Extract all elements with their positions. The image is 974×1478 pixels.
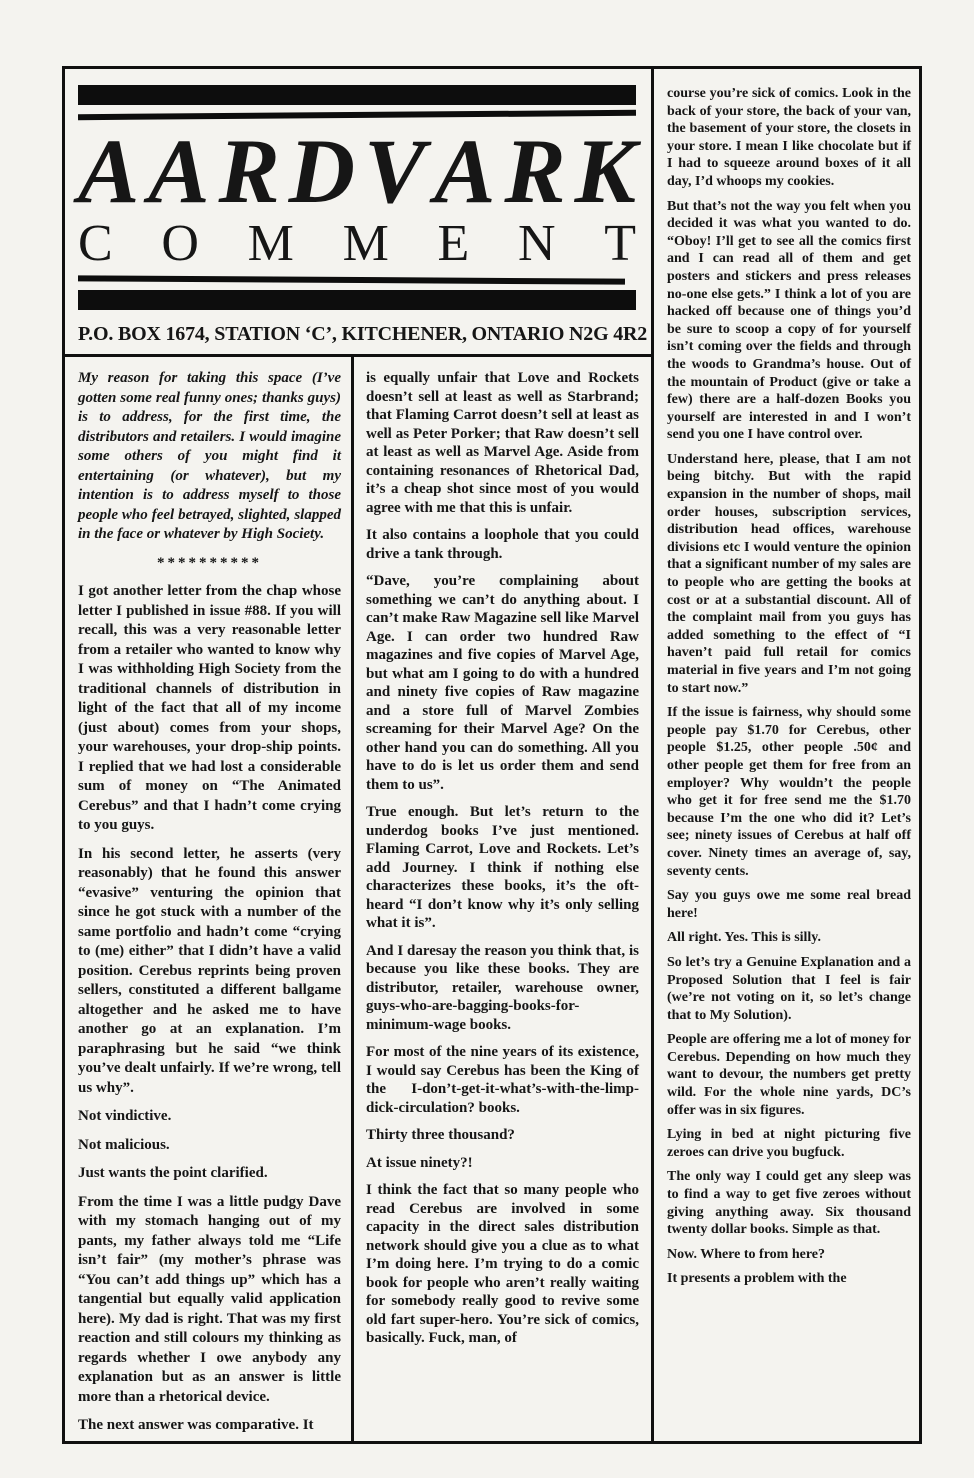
paragraph: Thirty three thousand?	[366, 1126, 639, 1145]
paragraph: But that’s not the way you felt when you…	[667, 198, 911, 444]
column-left: My reason for taking this space (I’ve go…	[65, 357, 351, 1441]
paragraph: Say you guys owe me some real bread here…	[667, 887, 911, 922]
paragraph: At issue ninety?!	[366, 1154, 639, 1173]
masthead: AARDVARK COMMENT P.O. BOX 1674, STATION …	[65, 69, 651, 357]
paragraph: I got another letter from the chap whose…	[78, 582, 341, 836]
paragraph: “Dave, you’re complaining about somethin…	[366, 572, 639, 794]
paragraph: Understand here, please, that I am not b…	[667, 451, 911, 697]
page-border: AARDVARK COMMENT P.O. BOX 1674, STATION …	[62, 66, 922, 1444]
masthead-address: P.O. BOX 1674, STATION ‘C’, KITCHENER, O…	[78, 323, 636, 346]
columns-one-two: My reason for taking this space (I’ve go…	[65, 357, 651, 1441]
scanned-page: { "masthead": { "title": "AARDVARK", "su…	[0, 0, 974, 1478]
masthead-rule-bottom-thick	[78, 290, 636, 310]
masthead-rule-top-thin	[78, 110, 636, 120]
paragraph: is equally unfair that Love and Rockets …	[366, 369, 639, 517]
paragraph: Lying in bed at night picturing five zer…	[667, 1126, 911, 1161]
masthead-subtitle: COMMENT	[78, 218, 636, 270]
asterisk-divider: **********	[78, 554, 341, 574]
paragraph: So let’s try a Genuine Explanation and a…	[667, 954, 911, 1024]
paragraph: Just wants the point clarified.	[78, 1164, 341, 1184]
paragraph: True enough. But let’s return to the und…	[366, 803, 639, 933]
column-right: course you’re sick of comics. Look in th…	[651, 69, 919, 1441]
paragraph: For most of the nine years of its existe…	[366, 1043, 639, 1117]
column-middle: is equally unfair that Love and Rockets …	[354, 357, 651, 1441]
paragraph: It also contains a loophole that you cou…	[366, 526, 639, 563]
paragraph: It presents a problem with the	[667, 1270, 911, 1288]
paragraph: And I daresay the reason you think that,…	[366, 942, 639, 1035]
paragraph: People are offering me a lot of money fo…	[667, 1031, 911, 1119]
paragraph: If the issue is fairness, why should som…	[667, 704, 911, 880]
masthead-rule-top-thick	[78, 85, 636, 105]
intro-paragraph: My reason for taking this space (I’ve go…	[78, 369, 341, 545]
masthead-title: AARDVARK	[78, 126, 636, 216]
masthead-rule-bottom-thin	[78, 275, 625, 284]
paragraph: Not malicious.	[78, 1136, 341, 1156]
paragraph: Now. Where to from here?	[667, 1246, 911, 1264]
paragraph: All right. Yes. This is silly.	[667, 929, 911, 947]
paragraph: From the time I was a little pudgy Dave …	[78, 1193, 341, 1408]
paragraph: The only way I could get any sleep was t…	[667, 1168, 911, 1238]
paragraph: I think the fact that so many people who…	[366, 1181, 639, 1348]
paragraph: Not vindictive.	[78, 1107, 341, 1127]
paragraph: In his second letter, he asserts (very r…	[78, 845, 341, 1099]
left-region: AARDVARK COMMENT P.O. BOX 1674, STATION …	[65, 69, 651, 1441]
paragraph: The next answer was comparative. It	[78, 1416, 341, 1436]
paragraph: course you’re sick of comics. Look in th…	[667, 85, 911, 191]
